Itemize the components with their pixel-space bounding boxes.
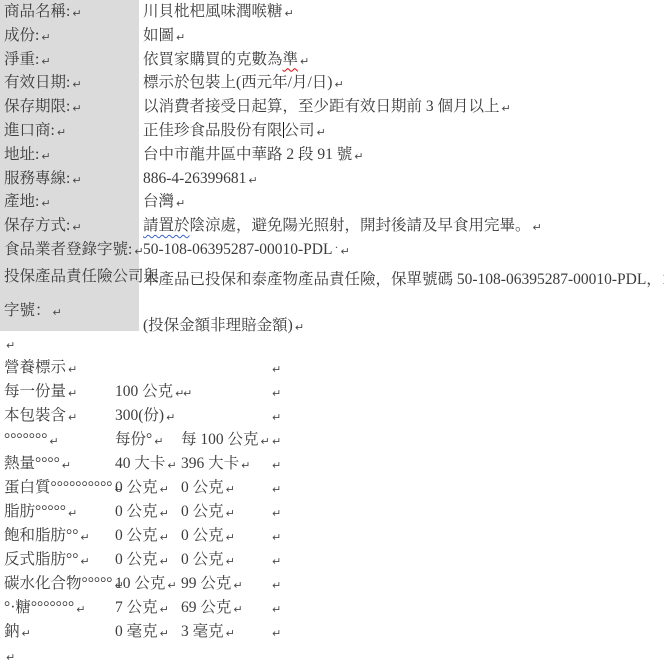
- header-text: 每 100 公克: [181, 431, 259, 448]
- row-label: 有效日期:↵: [0, 71, 139, 95]
- value-text: 300(份): [115, 407, 164, 424]
- value-text: 99 公克: [181, 575, 231, 592]
- per-serving-value: 0 公克↵: [115, 476, 169, 501]
- paragraph-mark: ↵: [340, 245, 349, 258]
- nutrient-row-sodium: 鈉↵ 0 毫克↵ 3 毫克↵ ↵: [0, 620, 664, 644]
- row-label: 脂肪°°°°°↵: [4, 500, 77, 525]
- row-value: 100 公克↵: [115, 380, 184, 405]
- value-text: 0 公克: [181, 503, 224, 520]
- paragraph-mark: ↵: [272, 555, 281, 568]
- insurance-label-line1: 投保產品責任險公司與: [4, 268, 159, 286]
- paragraph-mark: ↵: [233, 579, 242, 592]
- table-row-product-name: 商品名稱:↵ 川貝枇杷風味潤喉糖↵: [0, 0, 664, 24]
- label-text: 蛋白質°°°°°°°°°°: [4, 479, 113, 496]
- label-text: 成份:: [4, 27, 39, 44]
- value-text: 50-108-06395287-00010-PDL: [143, 241, 332, 258]
- per-serving-value: 10 公克↵: [115, 572, 177, 597]
- paragraph-mark: ↵: [68, 411, 77, 424]
- value-text: 40 大卡: [115, 455, 165, 472]
- per-serving-value: 0 公克↵: [115, 524, 169, 549]
- table-row-shelf-life: 保存期限:↵ 以消費者接受日起算，至少距有效日期前 3 個月以上↵: [0, 95, 664, 119]
- nutrient-row-protein: 蛋白質°°°°°°°°°°↵ 0 公克↵ 0 公克↵ ↵: [0, 476, 664, 500]
- value-text: 0 公克: [181, 479, 224, 496]
- nutrient-row-trans-fat: 反式脂肪°°↵ 0 公克↵ 0 公克↵ ↵: [0, 548, 664, 572]
- value-text: 10 公克: [115, 575, 165, 592]
- per-serving-value: 0 公克↵: [115, 548, 169, 573]
- label-text: 碳水化合物°°°°°: [4, 575, 113, 592]
- paragraph-mark: ↵: [41, 55, 50, 68]
- paragraph-mark: ↵: [160, 603, 169, 616]
- paragraph-mark: ↵: [502, 102, 511, 115]
- label-text: 反式脂肪°°: [4, 551, 78, 568]
- row-value: 以消費者接受日起算，至少距有效日期前 3 個月以上↵: [139, 95, 511, 119]
- row-value: 台中市龍井區中華路 2 段 91 號↵: [139, 143, 363, 167]
- paragraph-mark: ↵: [53, 306, 62, 319]
- paragraph-mark: ↵: [226, 483, 235, 496]
- label-text: 脂肪°°°°°: [4, 503, 66, 520]
- value-text: 如圖: [143, 27, 174, 44]
- per-serving-value: 0 毫克↵: [115, 620, 169, 645]
- paragraph-mark: ↵: [134, 245, 143, 258]
- per-100g-value: 99 公克↵: [181, 572, 243, 597]
- paragraph-mark: ↵: [272, 411, 281, 424]
- label-text: 鈉: [4, 623, 20, 640]
- label-text: 飽和脂肪°°: [4, 527, 78, 544]
- row-label: 服務專線:↵: [0, 167, 139, 191]
- row-label: 熱量°°°°↵: [4, 452, 71, 477]
- label-text: 保存期限:: [4, 98, 70, 115]
- row-value: 依買家購買的克數為準↵: [139, 48, 309, 72]
- label-text: °·糖°°°°°°°: [4, 599, 74, 616]
- per-serving-value: 40 大卡↵: [115, 452, 177, 477]
- paragraph-mark: ↵: [285, 7, 294, 20]
- row-label: 淨重:↵: [0, 48, 139, 72]
- value-text: 69 公克: [181, 599, 231, 616]
- label-text: 淨重:: [4, 51, 39, 68]
- row-label: °·糖°°°°°°°↵: [4, 596, 85, 621]
- paragraph-mark: ↵: [226, 555, 235, 568]
- table-row-registration-number: 食品業者登錄字號:↵ 50-108-06395287-00010-PDL·↵: [0, 238, 664, 262]
- insurance-value-line1: 本產品已投保和泰產物產品責任險，保單號碼 50-108-06395287-000…: [143, 271, 664, 290]
- row-value: 川貝枇杷風味潤喉糖↵: [139, 0, 294, 24]
- row-label: 蛋白質°°°°°°°°°°↵: [4, 476, 124, 501]
- label-text: 熱量°°°°: [4, 455, 60, 472]
- paragraph-mark: ↵: [272, 363, 281, 376]
- paragraph-mark: ↵: [272, 483, 281, 496]
- paragraph-mark: ↵: [6, 339, 15, 352]
- table-row-service-line: 服務專線:↵ 886-4-26399681↵: [0, 167, 664, 191]
- per-100g-value: 0 公克↵: [181, 476, 235, 501]
- per-serving-value: 0 公克↵: [115, 500, 169, 525]
- nutrition-title-row: 營養標示↵ ↵: [0, 356, 664, 380]
- per-100g-value: 3 毫克↵: [181, 620, 235, 645]
- serving-size-row: 每一份量↵ 100 公克↵ ↵ ↵: [0, 380, 664, 404]
- label-text: 進口商:: [4, 122, 55, 139]
- paragraph-mark: ↵: [233, 603, 242, 616]
- label-text: 食品業者登錄字號:: [4, 241, 132, 258]
- value-text: 0 毫克: [115, 623, 158, 640]
- paragraph-mark: ↵: [72, 7, 81, 20]
- value-text: 7 公克: [115, 599, 158, 616]
- value-text: 100 公克: [115, 383, 173, 400]
- paragraph-mark: ↵: [167, 579, 176, 592]
- per-100g-value: 0 公克↵: [181, 524, 235, 549]
- per-100g-value: 0 公克↵: [181, 548, 235, 573]
- row-label: 食品業者登錄字號:↵: [0, 238, 139, 262]
- paragraph-mark: ↵: [80, 531, 89, 544]
- row-value: 台灣↵: [139, 190, 185, 214]
- paragraph-mark: ↵: [72, 221, 81, 234]
- nbsp-marks: °°°°°°°: [4, 431, 47, 448]
- paragraph-mark: ↵: [261, 435, 270, 448]
- per-100g-value: 69 公克↵: [181, 596, 243, 621]
- paragraph-mark: ↵: [6, 651, 15, 661]
- grammar-flagged-text: 請置於: [143, 217, 190, 234]
- paragraph-mark: ↵: [533, 221, 542, 234]
- value-text: 標示於包裝上(西元年/月/日): [143, 74, 332, 91]
- paragraph-mark: ↵: [176, 31, 185, 44]
- nutrition-title: 營養標示↵: [4, 356, 77, 381]
- value-text: 886-4-26399681: [143, 170, 246, 187]
- paragraph-mark: ↵: [160, 483, 169, 496]
- row-label: 成份:↵: [0, 24, 139, 48]
- title-text: 營養標示: [4, 359, 66, 376]
- document-page[interactable]: 商品名稱:↵ 川貝枇杷風味潤喉糖↵ 成份:↵ 如圖↵ 淨重:↵ 依買家購買的克數…: [0, 0, 664, 661]
- row-label: 本包裝含↵: [4, 404, 77, 429]
- table-row-origin: 產地:↵ 台灣↵: [0, 190, 664, 214]
- insurance-label-line2: 字號：↵: [4, 302, 62, 321]
- paragraph-mark: ↵: [272, 627, 281, 640]
- empty-paragraph: ↵: [0, 644, 664, 661]
- row-label: 每一份量↵: [4, 380, 77, 405]
- nutrition-header-row: °°°°°°°↵ 每份°↵ 每 100 公克↵ ↵: [0, 428, 664, 452]
- paragraph-mark: ↵: [226, 627, 235, 640]
- label-text: 商品名稱:: [4, 3, 70, 20]
- paragraph-mark: ↵: [226, 507, 235, 520]
- value-text: 0 公克: [181, 527, 224, 544]
- row-label: 碳水化合物°°°°°↵: [4, 572, 124, 597]
- row-label: 飽和脂肪°°↵: [4, 524, 90, 549]
- table-row-ingredients: 成份:↵ 如圖↵: [0, 24, 664, 48]
- nutrient-row-sugar: °·糖°°°°°°°↵ 7 公克↵ 69 公克↵ ↵: [0, 596, 664, 620]
- paragraph-mark: ↵: [354, 150, 363, 163]
- product-info-table: 商品名稱:↵ 川貝枇杷風味潤喉糖↵ 成份:↵ 如圖↵ 淨重:↵ 依買家購買的克數…: [0, 0, 664, 346]
- nutrient-row-calories: 熱量°°°°↵ 40 大卡↵ 396 大卡↵ ↵: [0, 452, 664, 476]
- paragraph-mark: ↵: [68, 387, 77, 400]
- nutrition-facts-section: ↵ 營養標示↵ ↵ 每一份量↵ 100 公克↵ ↵ ↵ 本包裝含↵ 300(份)…: [0, 332, 664, 661]
- paragraph-mark: ↵: [41, 31, 50, 44]
- value-text: 3 毫克: [181, 623, 224, 640]
- row-value: 50-108-06395287-00010-PDL·↵: [139, 238, 350, 262]
- paragraph-mark: ↵: [72, 78, 81, 91]
- per-100g-header: 每 100 公克↵: [181, 428, 270, 453]
- paragraph-mark: ↵: [272, 531, 281, 544]
- paragraph-mark: ↵: [241, 459, 250, 472]
- paragraph-mark: ↵: [160, 531, 169, 544]
- paragraph-mark: ↵: [272, 435, 281, 448]
- value-text: 依買家購買的克數為: [143, 51, 283, 68]
- row-value: 正佳珍食品股份有限公司↵: [139, 119, 326, 143]
- empty-paragraph: ↵: [0, 332, 664, 356]
- table-row-net-weight: 淨重:↵ 依買家購買的克數為準↵: [0, 48, 664, 72]
- paragraph-mark: ↵: [68, 507, 77, 520]
- paragraph-mark: ↵: [272, 459, 281, 472]
- value-text: 0 公克: [181, 551, 224, 568]
- row-label: 商品名稱:↵: [0, 0, 139, 24]
- row-value: 標示於包裝上(西元年/月/日)↵: [139, 71, 344, 95]
- paragraph-mark: ↵: [41, 197, 50, 210]
- per-100g-value: 396 大卡↵: [181, 452, 250, 477]
- value-text: 川貝枇杷風味潤喉糖: [143, 3, 283, 20]
- value-text: 0 公克: [115, 503, 158, 520]
- row-label: 保存方式:↵: [0, 214, 139, 238]
- paragraph-mark: ↵: [334, 78, 343, 91]
- label-text: 每一份量: [4, 383, 66, 400]
- header-spacer: °°°°°°°↵: [4, 428, 59, 453]
- label-text: 服務專線:: [4, 170, 70, 187]
- row-label: 地址:↵: [0, 143, 139, 167]
- paragraph-mark: ↵: [62, 459, 71, 472]
- value-text: 0 公克: [115, 479, 158, 496]
- value-text: 台灣: [143, 193, 174, 210]
- table-row-address: 地址:↵ 台中市龍井區中華路 2 段 91 號↵: [0, 143, 664, 167]
- paragraph-mark: ↵: [49, 435, 58, 448]
- row-label: 進口商:↵: [0, 119, 139, 143]
- paragraph-mark: ↵: [166, 411, 175, 424]
- paragraph-mark: ↵: [183, 387, 192, 400]
- paragraph-mark: ↵: [57, 126, 66, 139]
- paragraph-mark: ↵: [317, 126, 326, 139]
- per-serving-header: 每份°↵: [115, 428, 163, 453]
- paragraph-mark: ↵: [300, 55, 309, 68]
- row-value: 請置於陰涼處，避免陽光照射，開封後請及早食用完畢。↵: [139, 214, 542, 238]
- value-text: 正佳珍食品股份有限: [143, 122, 283, 139]
- paragraph-mark: ↵: [41, 150, 50, 163]
- value-text: 0 公克: [115, 527, 158, 544]
- nutrient-row-carbohydrate: 碳水化合物°°°°°↵ 10 公克↵ 99 公克↵ ↵: [0, 572, 664, 596]
- paragraph-mark: ↵: [68, 363, 77, 376]
- label-text: 產地:: [4, 193, 39, 210]
- paragraph-mark: ↵: [272, 603, 281, 616]
- paragraph-mark: ↵: [160, 507, 169, 520]
- per-100g-value: 0 公克↵: [181, 500, 235, 525]
- row-label: 產地:↵: [0, 190, 139, 214]
- value-text: 0 公克: [115, 551, 158, 568]
- value-text: 396 大卡: [181, 455, 239, 472]
- paragraph-mark: ↵: [167, 459, 176, 472]
- paragraph-mark: ↵: [176, 197, 185, 210]
- paragraph-mark: ↵: [160, 555, 169, 568]
- value-text: 台中市龍井區中華路 2 段 91 號: [143, 146, 352, 163]
- space-mark: ·: [334, 240, 338, 254]
- paragraph-mark: ↵: [160, 627, 169, 640]
- table-row-expiry-date: 有效日期:↵ 標示於包裝上(西元年/月/日)↵: [0, 71, 664, 95]
- paragraph-mark: ↵: [76, 603, 85, 616]
- paragraph-mark: ↵: [22, 627, 31, 640]
- paragraph-mark: ↵: [272, 387, 281, 400]
- row-label: 鈉↵: [4, 620, 31, 645]
- paragraph-mark: ↵: [272, 507, 281, 520]
- row-value: 如圖↵: [139, 24, 185, 48]
- nutrient-row-saturated-fat: 飽和脂肪°°↵ 0 公克↵ 0 公克↵ ↵: [0, 524, 664, 548]
- table-row-storage: 保存方式:↵ 請置於陰涼處，避免陽光照射，開封後請及早食用完畢。↵: [0, 214, 664, 238]
- row-value: 300(份)↵: [115, 404, 175, 429]
- paragraph-mark: ↵: [154, 435, 163, 448]
- row-label: 反式脂肪°°↵: [4, 548, 90, 573]
- header-text: 每份°: [115, 431, 152, 448]
- paragraph-mark: ↵: [226, 531, 235, 544]
- paragraph-mark: ↵: [248, 174, 257, 187]
- servings-per-package-row: 本包裝含↵ 300(份)↵ ↵: [0, 404, 664, 428]
- row-value: 886-4-26399681↵: [139, 167, 258, 191]
- label-text: 字號：: [4, 302, 51, 319]
- label-text: 有效日期:: [4, 74, 70, 91]
- label-text: 本包裝含: [4, 407, 66, 424]
- value-text: 本產品已投保和泰產物產品責任險，保單號碼 50-108-06395287-000…: [143, 271, 664, 288]
- spellcheck-flagged-text: 準: [283, 51, 299, 68]
- label-text: 投保產品責任險公司與: [4, 268, 159, 285]
- paragraph-mark: ↵: [72, 102, 81, 115]
- paragraph-mark: ↵: [72, 174, 81, 187]
- nutrient-row-fat: 脂肪°°°°°↵ 0 公克↵ 0 公克↵ ↵: [0, 500, 664, 524]
- row-label: 保存期限:↵: [0, 95, 139, 119]
- label-text: 地址:: [4, 146, 39, 163]
- table-row-importer: 進口商:↵ 正佳珍食品股份有限公司↵: [0, 119, 664, 143]
- label-text: 保存方式:: [4, 217, 70, 234]
- value-text: 陰涼處，避免陽光照射，開封後請及早食用完畢。: [190, 217, 531, 234]
- value-text: 以消費者接受日起算，至少距有效日期前 3 個月以上: [143, 98, 500, 115]
- paragraph-mark: ↵: [80, 555, 89, 568]
- per-serving-value: 7 公克↵: [115, 596, 169, 621]
- value-text: 公司: [284, 122, 315, 139]
- paragraph-mark: ↵: [272, 579, 281, 592]
